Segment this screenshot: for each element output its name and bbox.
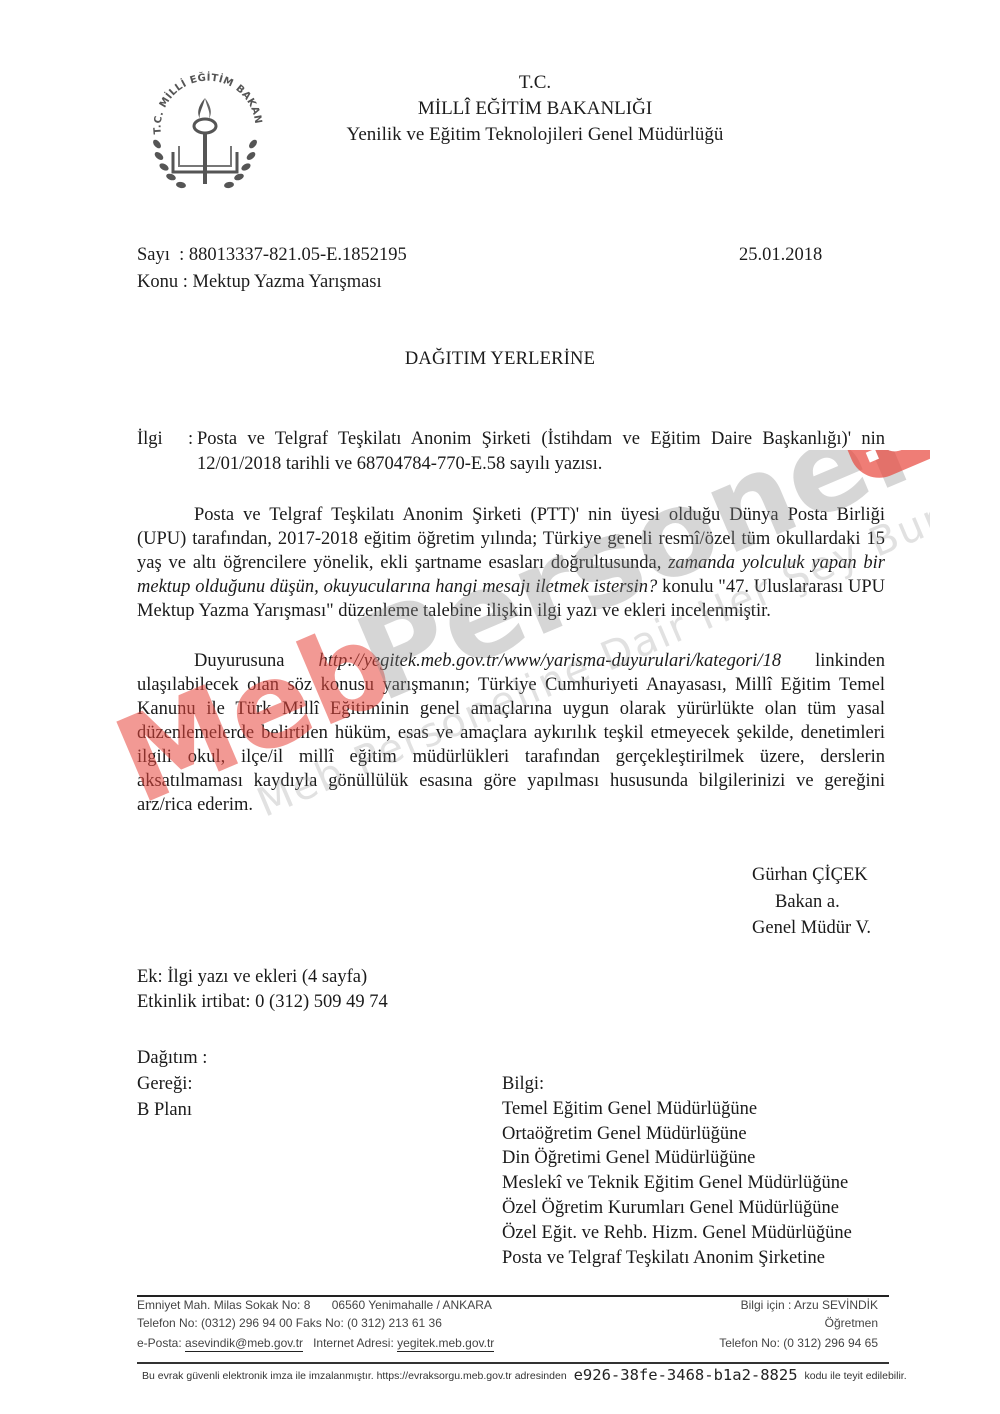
attachment-line: Ek: İlgi yazı ve ekleri (4 sayfa) <box>137 965 388 990</box>
ministry-seal-icon: T.C. MİLLİ EĞİTİM BAKANLIĞI <box>143 64 267 196</box>
signature-block: Gürhan ÇİÇEK Bakan a. Genel Müdür V. <box>740 862 890 942</box>
action-item: B Planı <box>137 1097 207 1123</box>
verify-code: e926-38fe-3468-b1a2-8825 <box>570 1366 802 1384</box>
header-directorate: Yenilik ve Eğitim Teknolojileri Genel Mü… <box>290 122 780 148</box>
konu-value: : Mektup Yazma Yarışması <box>183 272 382 292</box>
verify-prefix: Bu evrak güvenli elektronik imza ile imz… <box>142 1370 567 1382</box>
signatory-title-2: Genel Müdür V. <box>740 915 890 942</box>
letterhead: T.C. MİLLÎ EĞİTİM BAKANLIĞI Yenilik ve E… <box>290 70 780 148</box>
reference-label: İlgi <box>137 427 163 452</box>
info-item: Ortaöğretim Genel Müdürlüğüne <box>502 1122 852 1147</box>
info-item: Temel Eğitim Genel Müdürlüğüne <box>502 1097 852 1122</box>
body-paragraph-2: Duyurusuna http://yegitek.meb.gov.tr/www… <box>137 649 885 817</box>
official-letter-page: T.C. MİLLİ EĞİTİM BAKANLIĞI <box>0 0 1000 1414</box>
info-item: Posta ve Telgraf Teşkilatı Anonim Şirket… <box>502 1246 852 1271</box>
info-item: Özel Öğretim Kurumları Genel Müdürlüğüne <box>502 1196 852 1221</box>
footer-info-role: Öğretmen <box>700 1315 878 1333</box>
sayi-line: Sayı : 88013337-821.05-E.1852195 <box>137 245 407 266</box>
sayi-label: Sayı <box>137 245 170 265</box>
info-label: Bilgi: <box>502 1072 852 1097</box>
footer-email-link[interactable]: asevindik@meb.gov.tr <box>185 1336 303 1352</box>
event-contact-line: Etkinlik irtibat: 0 (312) 509 49 74 <box>137 990 388 1015</box>
body-paragraph-1: Posta ve Telgraf Teşkilatı Anonim Şirket… <box>137 503 885 623</box>
info-item: Meslekî ve Teknik Eğitim Genel Müdürlüğü… <box>502 1171 852 1196</box>
footer-postal: 06560 Yenimahalle / ANKARA <box>332 1298 492 1312</box>
recipient-title: DAĞITIM YERLERİNE <box>0 349 1000 370</box>
footer-address: Emniyet Mah. Milas Sokak No: 8 <box>137 1298 310 1312</box>
footer-divider-bottom <box>137 1362 889 1364</box>
signatory-name: Gürhan ÇİÇEK <box>740 862 890 889</box>
sayi-value: : 88013337-821.05-E.1852195 <box>179 245 407 265</box>
document-date: 25.01.2018 <box>739 245 822 266</box>
footer-info-contact: Bilgi için : Arzu SEVİNDİK <box>700 1297 878 1315</box>
reference-text: Posta ve Telgraf Teşkilatı Anonim Şirket… <box>197 427 885 477</box>
distribution-label: Dağıtım : <box>137 1045 207 1071</box>
footer-web-link[interactable]: yegitek.meb.gov.tr <box>397 1336 494 1352</box>
footer-phone-fax: Telefon No: (0312) 296 94 00 Faks No: (0… <box>137 1315 494 1333</box>
paragraph-2-text-a: Duyurusuna <box>194 651 284 671</box>
info-item: Din Öğretimi Genel Müdürlüğüne <box>502 1146 852 1171</box>
attachments-block: Ek: İlgi yazı ve ekleri (4 sayfa) Etkinl… <box>137 965 388 1015</box>
konu-label: Konu <box>137 272 178 292</box>
reference-colon: : <box>188 427 193 452</box>
reference-block: İlgi : Posta ve Telgraf Teşkilatı Anonim… <box>137 427 885 477</box>
header-ministry: MİLLÎ EĞİTİM BAKANLIĞI <box>290 96 780 122</box>
header-tc: T.C. <box>290 70 780 96</box>
action-label: Gereği: <box>137 1071 207 1097</box>
verify-suffix: kodu ile teyit edilebilir. <box>804 1370 906 1382</box>
info-item: Özel Eğit. ve Rehb. Hizm. Genel Müdürlüğ… <box>502 1221 852 1246</box>
info-recipients: Bilgi: Temel Eğitim Genel Müdürlüğüne Or… <box>502 1072 852 1270</box>
footer-info-phone: Telefon No: (0 312) 296 94 65 <box>700 1335 878 1353</box>
footer-web-label: Internet Adresi: <box>313 1336 394 1350</box>
svg-text:T.C. MİLLİ EĞİTİM BAKANLIĞI: T.C. MİLLİ EĞİTİM BAKANLIĞI <box>143 64 263 135</box>
footer-address-block: Emniyet Mah. Milas Sokak No: 8 06560 Yen… <box>137 1297 494 1353</box>
paragraph-2-text-b: linkinden ulaşılabilecek olan söz konusu… <box>137 651 885 815</box>
distribution-block: Dağıtım : Gereği: B Planı <box>137 1045 207 1123</box>
signatory-title-1: Bakan a. <box>740 889 890 916</box>
e-signature-verification: Bu evrak güvenli elektronik imza ile imz… <box>142 1366 907 1384</box>
competition-link[interactable]: http://yegitek.meb.gov.tr/www/yarisma-du… <box>318 651 781 671</box>
konu-line: Konu : Mektup Yazma Yarışması <box>137 272 382 293</box>
footer-email-label: e-Posta: <box>137 1336 182 1350</box>
footer-contact-block: Bilgi için : Arzu SEVİNDİK Öğretmen Tele… <box>700 1297 878 1353</box>
